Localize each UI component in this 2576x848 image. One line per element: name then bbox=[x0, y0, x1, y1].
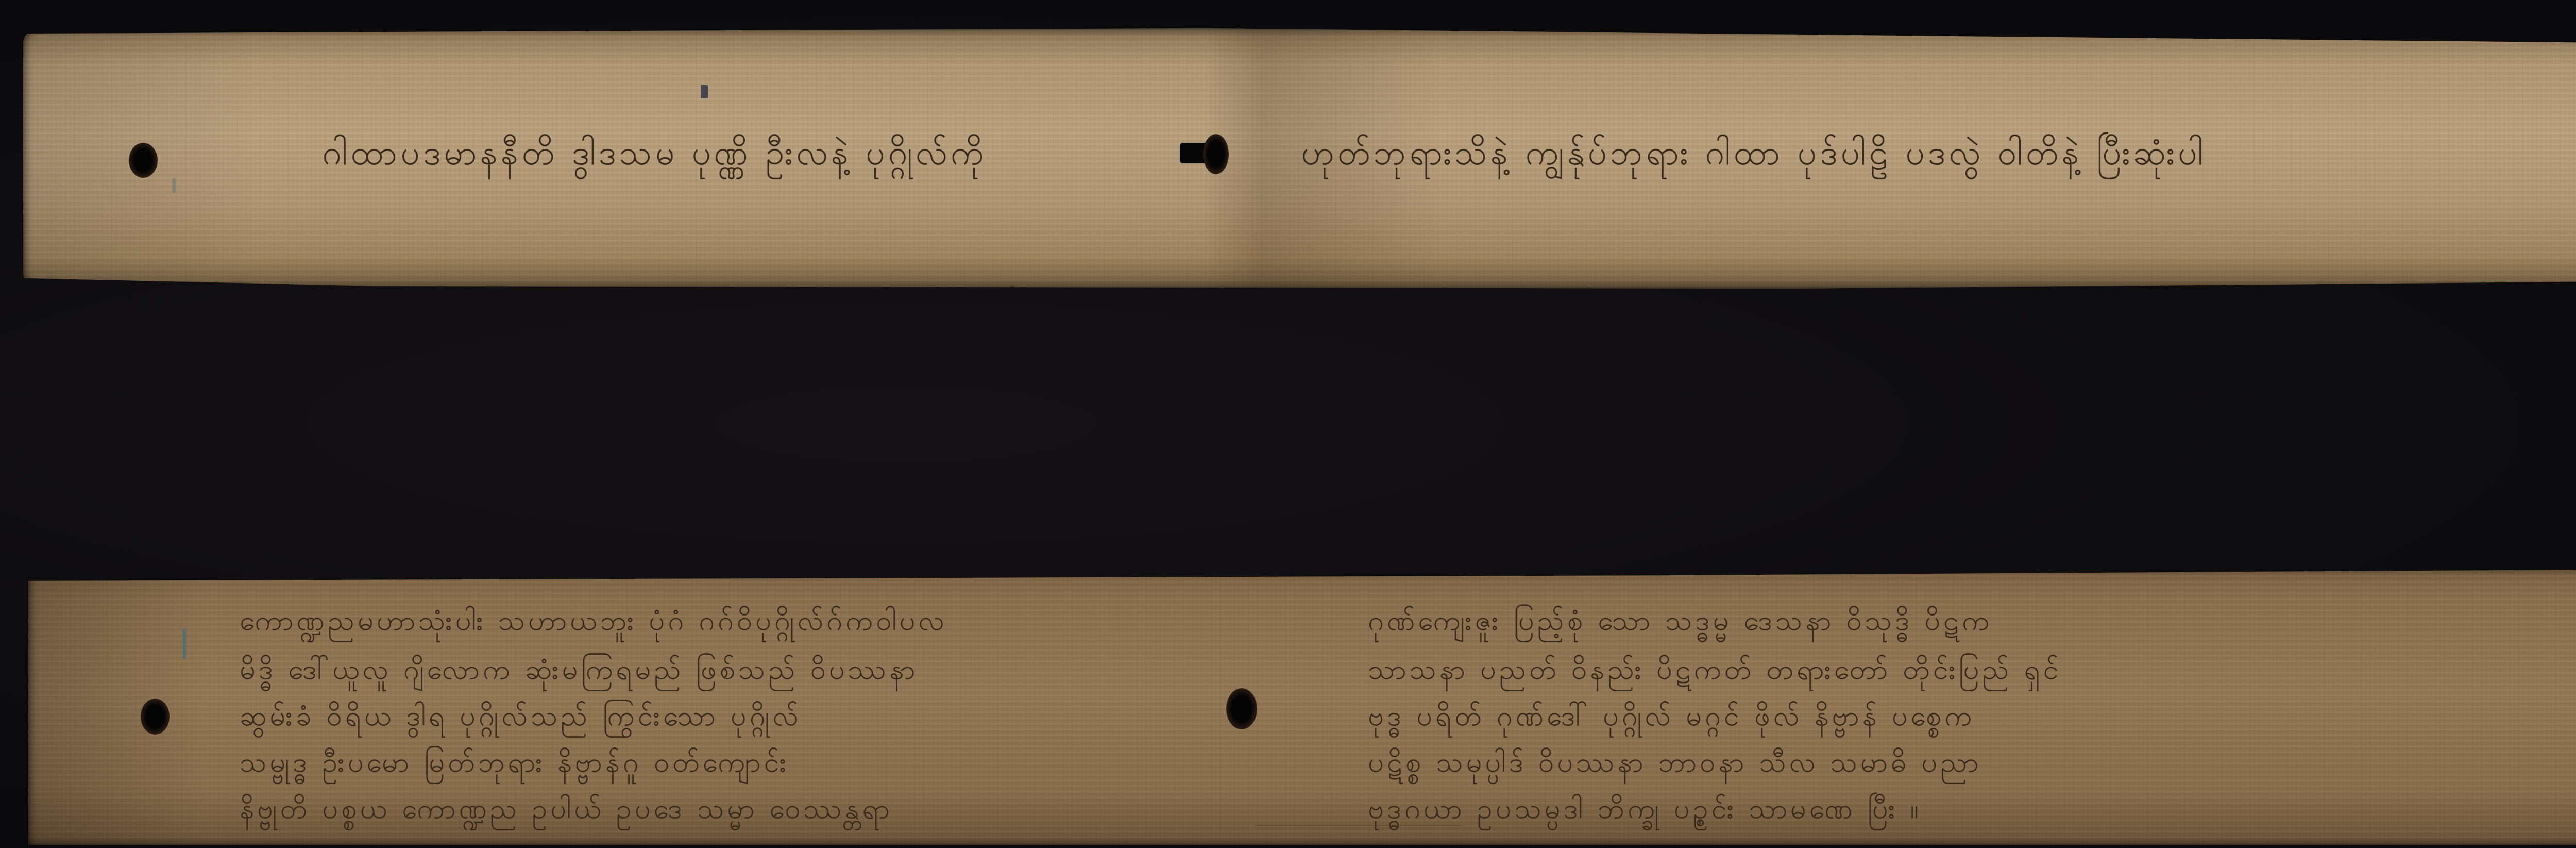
pencil-mark bbox=[173, 178, 176, 193]
script-line-2-left: မိဒ္ဓိ ဒေါ်ယူလူ ဂျိလောက ဆုံးမကြရမည် ဖြစ်… bbox=[240, 652, 918, 693]
script-line-1-left: ကောဏ္ဍညမဟာသုံးပါး သဟာယဘူး ပုံဂံ ဂဂ်ဝိပုဂ… bbox=[240, 603, 947, 644]
script-line-4-right: ပဋိစ္စ သမုပ္ပါဒ် ဝိပဿနာ ဘာဝနာ သီလ သမာဓိ … bbox=[1368, 745, 1981, 786]
string-hole-center bbox=[1203, 134, 1229, 174]
script-line-top-right: ဟုတ်ဘုရားသိနဲ့ ကျွန်ုပ်ဘုရား ဂါထာ ပုဒ်ပါ… bbox=[1301, 131, 2206, 181]
script-line-2-right: သာသနာ ပညတ် ဝိနည်း ပိဋကတ် တရားတော် တိုင်း… bbox=[1368, 652, 2062, 693]
string-hole-left bbox=[129, 143, 158, 178]
string-hole-left bbox=[141, 699, 170, 735]
script-line-3-right: ဗုဒ္ဓ ပရိတ် ဂုဏ်ဒေါ် ပုဂ္ဂိုလ် မဂ္ဂင် ဖိ… bbox=[1368, 699, 1975, 739]
script-line-5-left: နိဗ္ဗုတိ ပစ္စယ ကောဏ္ဍည ဥပါယ် ဥပဒေ သမ္မာ … bbox=[240, 791, 893, 832]
script-line-5-right: ဗုဒ္ဓဂယာ ဥပသမ္ပဒါ ဘိက္ခု ပဥ္စင်း သာမဏေ ပ… bbox=[1368, 791, 1922, 832]
string-hole-center bbox=[1226, 688, 1257, 729]
script-line-1-right: ဂုဏ်ကျေးဇူး ပြည့်စုံ သော သဒ္ဓမ္မ ဒေသနာ ဝ… bbox=[1368, 603, 1992, 644]
palm-leaf-top: ဂါထာပဒမာနနီတိ ဒွါဒသမ ပုဏ္ဏိ ဦးလနဲ့ ပုဂ္ဂ… bbox=[23, 28, 2576, 289]
script-line-4-left: သမ္ဗုဒ္ဓ ဦးပမော မြတ်ဘုရား နိဗ္ဗာန်ဂူ ဝတ်… bbox=[240, 745, 789, 786]
script-line-top-left: ဂါထာပဒမာနနီတိ ဒွါဒသမ ပုဏ္ဏိ ဦးလနဲ့ ပုဂ္ဂ… bbox=[322, 131, 987, 181]
palm-leaf-bottom: ကောဏ္ဍညမဟာသုံးပါး သဟာယဘူး ပုံဂံ ဂဂ်ဝိပုဂ… bbox=[28, 567, 2576, 845]
pencil-mark-left bbox=[183, 629, 186, 659]
script-line-3-left: ဆွမ်းခံ ဝိရိယ ဒွါရ ပုဂ္ဂိုလ်သည် ကြွင်းသေ… bbox=[240, 699, 802, 739]
small-dark-mark bbox=[701, 85, 708, 98]
